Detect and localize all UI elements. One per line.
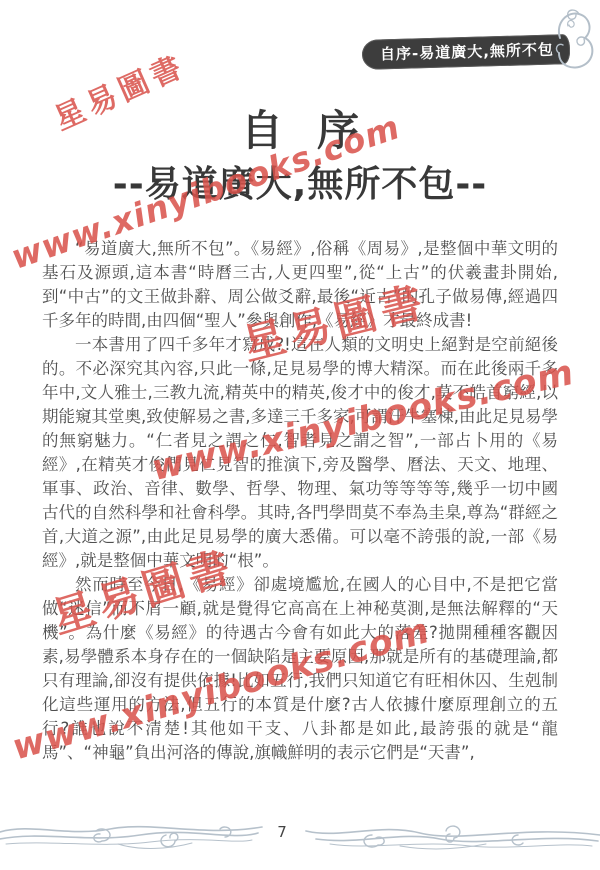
body-paragraph-3: 然而時至今日,《易經》卻處境尷尬,在國人的心目中,不是把它當做“迷信”而不屑一顧…	[42, 573, 558, 765]
body-paragraph-1: “易道廣大,無所不包”。《易經》,俗稱《周易》,是整個中華文明的基石及源頭,這本…	[42, 237, 558, 333]
chapter-header-tag: 自序-易道廣大,無所不包	[362, 34, 571, 70]
chapter-header-label: 自序-易道廣大,無所不包	[380, 41, 554, 64]
body-text-block: “易道廣大,無所不包”。《易經》,俗稱《周易》,是整個中華文明的基石及源頭,這本…	[42, 237, 558, 765]
footer-wave-decoration-icon	[0, 810, 600, 854]
corner-swirl-icon	[546, 6, 598, 78]
page-subtitle: --易道廣大,無所不包--	[0, 156, 600, 207]
page-number: 7	[270, 823, 294, 841]
body-paragraph-2: 一本書用了四千多年才寫成?!這在人類的文明史上絕對是空前絕後的。不必深究其內容,…	[42, 333, 558, 573]
page-title: 自序	[0, 98, 600, 158]
book-page: 自序-易道廣大,無所不包 自序 --易道廣大,無所不包-- “易道廣大,無所不包…	[0, 0, 600, 870]
